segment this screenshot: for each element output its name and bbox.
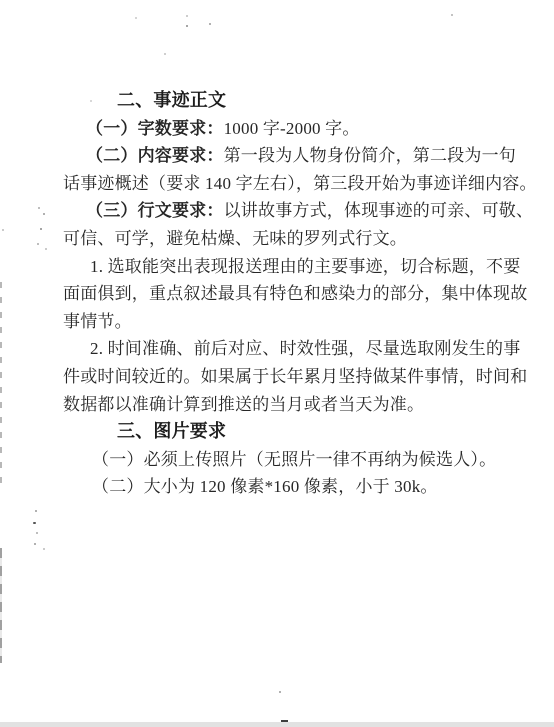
doc-line: 件或时间较近的。如果属于长年累月坚持做某件事情，时间和 [63, 363, 513, 391]
line-text: （二）大小为 120 像素*160 像素，小于 30k。 [92, 477, 438, 496]
heading-text: 三、图片要求 [117, 421, 226, 441]
scan-speck [43, 548, 45, 550]
scan-speck [40, 228, 42, 230]
scan-speck [43, 213, 45, 215]
doc-line: （三）行文要求：以讲故事方式，体现事迹的可亲、可敬、 [63, 197, 513, 225]
line-text: 1. 选取能突出表现报送理由的主要事迹，切合标题，不要 [90, 257, 520, 276]
scan-speck [37, 243, 39, 245]
scan-speck [451, 14, 453, 16]
scan-speck [209, 23, 211, 25]
line-bold-label: （一）字数要求： [86, 119, 224, 138]
doc-line: 事情节。 [63, 308, 513, 336]
scan-speck [186, 25, 188, 27]
doc-line: 话事迹概述（要求 140 字左右），第三段开始为事迹详细内容。 [63, 170, 513, 198]
scan-speck [279, 691, 281, 693]
scan-speck [38, 207, 40, 209]
scan-speck [36, 532, 38, 534]
line-text: 可信、可学，避免枯燥、无味的罗列式行文。 [63, 229, 407, 248]
section-heading: 三、图片要求 [63, 418, 513, 446]
scan-speck [45, 248, 47, 250]
line-text: 事情节。 [63, 312, 132, 331]
scan-speck [135, 17, 137, 19]
line-text: 2. 时间准确、前后对应、时效性强，尽量选取刚发生的事 [90, 339, 520, 358]
scan-edge-streak [0, 282, 2, 492]
scan-speck [2, 229, 4, 231]
line-bold-label: （二）内容要求： [86, 146, 224, 165]
doc-line: 可信、可学，避免枯燥、无味的罗列式行文。 [63, 225, 513, 253]
line-text: 第一段为人物身份简介，第二段为一句 [224, 146, 516, 165]
scan-speck [90, 100, 92, 102]
line-text: （一）必须上传照片（无照片一律不再纳为候选人）。 [92, 450, 496, 469]
scan-speck [35, 510, 37, 512]
doc-line: 面面俱到，重点叙述最具有特色和感染力的部分，集中体现故 [63, 280, 513, 308]
line-bold-label: （三）行文要求： [86, 201, 224, 220]
scan-bottom-shadow [0, 722, 554, 727]
line-text: 1000 字-2000 字。 [224, 119, 360, 138]
heading-text: 二、事迹正文 [117, 90, 226, 110]
line-text: 以讲故事方式，体现事迹的可亲、可敬、 [224, 201, 534, 220]
doc-line: 数据都以准确计算到推送的当月或者当天为准。 [63, 391, 513, 419]
scan-speck [164, 53, 166, 55]
scanned-document-page: 二、事迹正文 （一）字数要求：1000 字-2000 字。 （二）内容要求：第一… [0, 0, 554, 727]
doc-line: （二）大小为 120 像素*160 像素，小于 30k。 [63, 473, 513, 501]
line-text: 数据都以准确计算到推送的当月或者当天为准。 [63, 395, 424, 414]
line-text: 件或时间较近的。如果属于长年累月坚持做某件事情，时间和 [63, 367, 527, 386]
doc-line: 1. 选取能突出表现报送理由的主要事迹，切合标题，不要 [63, 253, 513, 281]
scan-edge-streak [0, 548, 2, 663]
doc-line: （二）内容要求：第一段为人物身份简介，第二段为一句 [63, 142, 513, 170]
scan-speck [186, 15, 188, 17]
doc-line: （一）必须上传照片（无照片一律不再纳为候选人）。 [63, 446, 513, 474]
line-text: 话事迹概述（要求 140 字左右），第三段开始为事迹详细内容。 [63, 174, 537, 193]
line-text: 面面俱到，重点叙述最具有特色和感染力的部分，集中体现故 [63, 284, 527, 303]
doc-line: （一）字数要求：1000 字-2000 字。 [63, 115, 513, 143]
section-heading: 二、事迹正文 [63, 87, 513, 115]
scan-speck [34, 543, 36, 545]
doc-line: 2. 时间准确、前后对应、时效性强，尽量选取刚发生的事 [63, 335, 513, 363]
scan-speck [33, 522, 36, 524]
document-body: 二、事迹正文 （一）字数要求：1000 字-2000 字。 （二）内容要求：第一… [63, 87, 513, 501]
